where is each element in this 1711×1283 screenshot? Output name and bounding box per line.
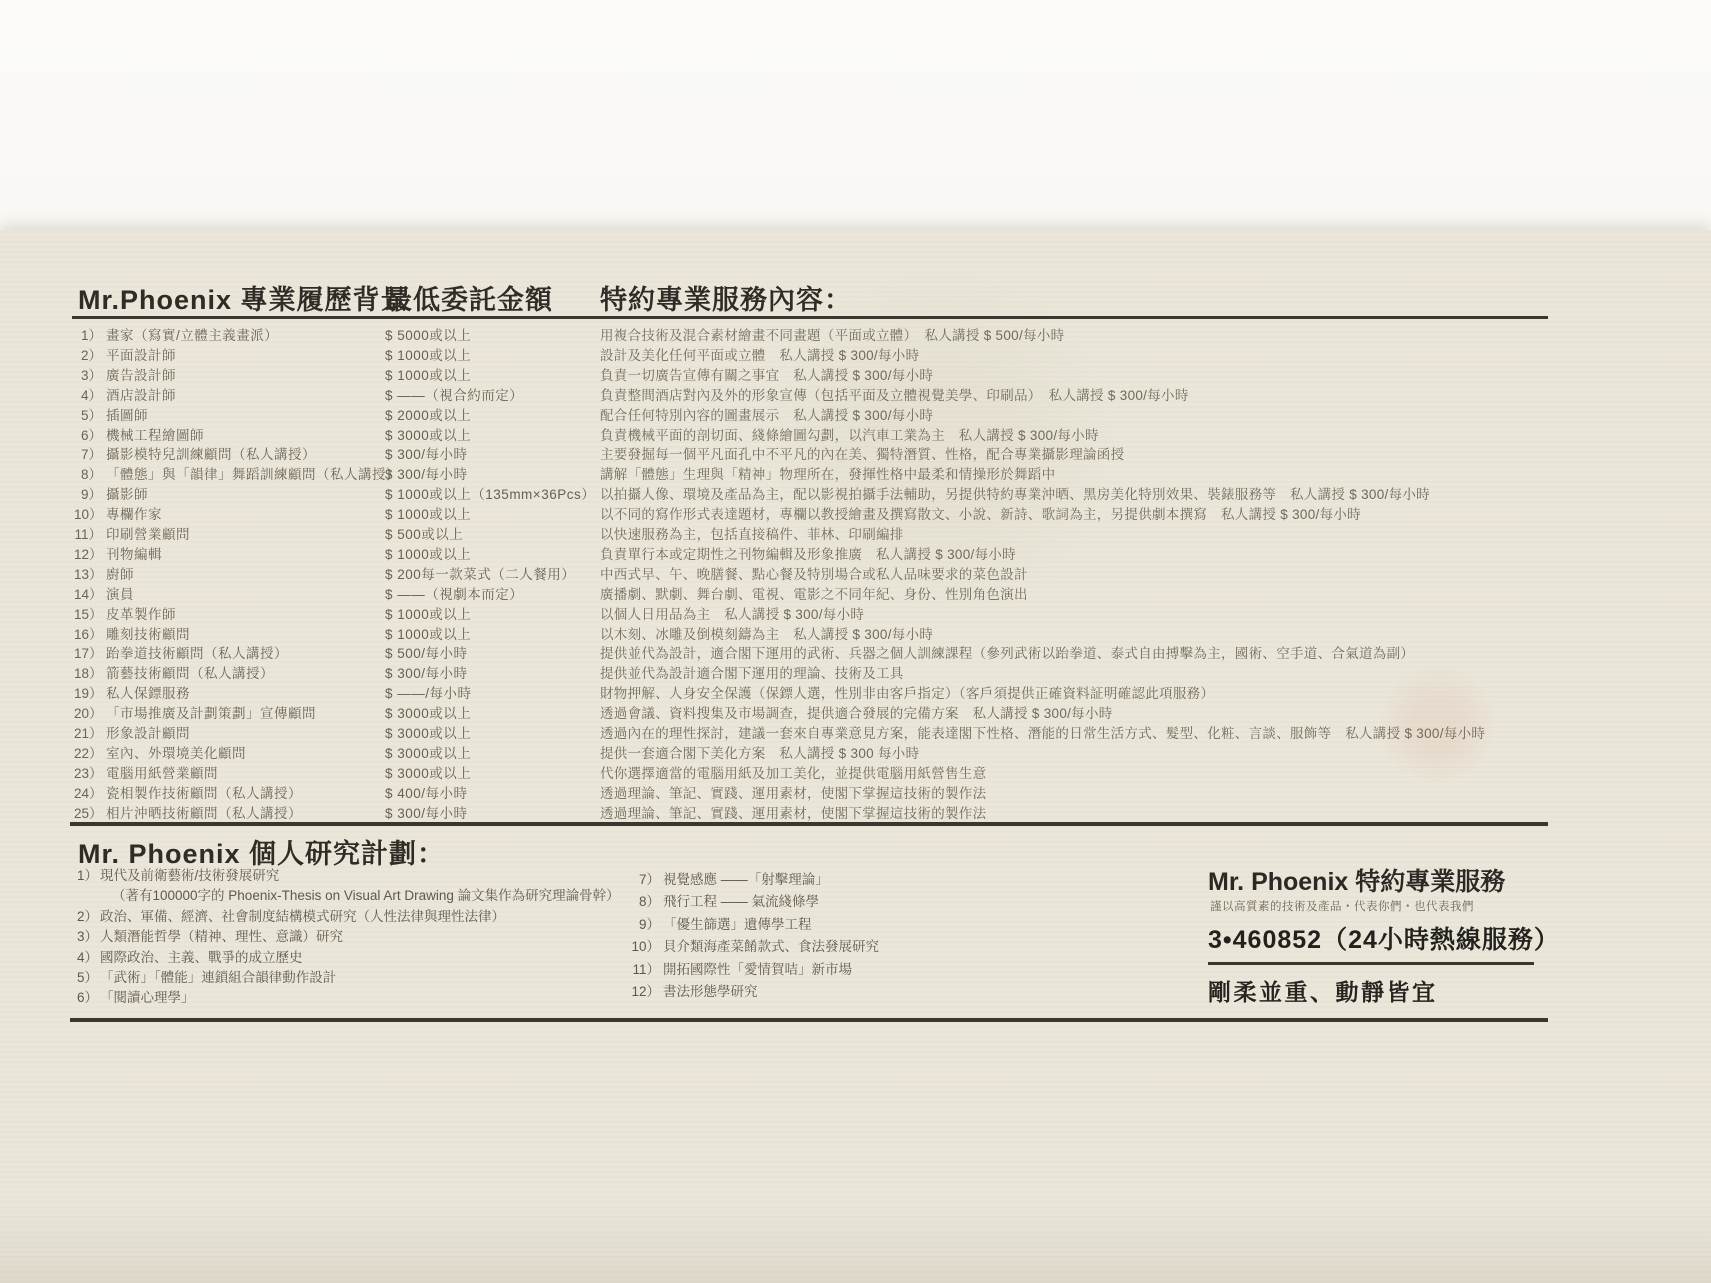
- service-table-row: 12）刊物編輯$ 1000或以上負責單行本或定期性之刊物編輯及形象推廣 私人講授…: [0, 543, 1711, 563]
- service-table-row: 25）相片沖晒技術顧問（私人講授）$ 300/每小時透過理論、筆記、實踐、運用素…: [0, 802, 1711, 822]
- service-row-fee: $ ——（視劇本而定）: [385, 583, 523, 603]
- service-row-number: 2）: [74, 344, 102, 364]
- service-row-description: 提供一套適合閣下美化方案 私人講授 $ 300 每小時: [600, 742, 919, 762]
- service-row-description: 設計及美化任何平面或立體 私人講授 $ 300/每小時: [600, 344, 919, 364]
- service-row-title: 刊物編輯: [106, 543, 162, 563]
- service-row-fee: $ 300/每小時: [385, 443, 468, 463]
- service-row-title: 形象設計顧問: [106, 722, 190, 742]
- research-item-number: 4）: [74, 946, 98, 966]
- service-row-title: 瓷相製作技術顧問（私人講授）: [106, 782, 302, 802]
- service-row-description: 以個人日用品為主 私人講授 $ 300/每小時: [600, 603, 864, 623]
- service-row-title: 「體態」與「韻律」舞蹈訓練顧問（私人講授）: [106, 463, 400, 483]
- service-row-description: 提供並代為設計適合閣下運用的理論、技術及工具: [600, 662, 904, 682]
- research-item-text: 飛行工程 —— 氣流綫條學: [663, 890, 819, 910]
- service-row-fee: $ 300/每小時: [385, 662, 468, 682]
- service-table-row: 1）畫家（寫實/立體主義畫派）$ 5000或以上用複合技術及混合素材繪畫不同畫題…: [0, 324, 1711, 344]
- research-item-text: 貝介類海產菜餚款式、食法發展研究: [663, 935, 879, 955]
- service-row-description: 中西式早、午、晚膳餐、點心餐及特別場合或私人品味要求的菜色設計: [600, 563, 1028, 583]
- service-row-number: 25）: [74, 802, 102, 822]
- service-row-number: 11）: [74, 523, 102, 543]
- service-row-title: 攝影模特兒訓練顧問（私人講授）: [106, 443, 316, 463]
- research-item-number: 7）: [628, 868, 660, 888]
- service-table-row: 11）印刷營業顧問$ 500或以上以快速服務為主，包括直接稿件、菲林、印刷編排: [0, 523, 1711, 543]
- service-row-fee: $ 200每一款菜式（二人餐用）: [385, 563, 575, 583]
- service-row-number: 14）: [74, 583, 102, 603]
- service-row-fee: $ 1000或以上: [385, 503, 471, 523]
- contact-divider-line: [1208, 962, 1534, 965]
- service-table-row: 23）電腦用紙營業顧問$ 3000或以上代你選擇適當的電腦用紙及加工美化，並提供…: [0, 762, 1711, 782]
- service-row-number: 4）: [74, 384, 102, 404]
- service-row-description: 以不同的寫作形式表達題材，專欄以教授繪畫及撰寫散文、小說、新詩、歌詞為主，另提供…: [600, 503, 1361, 523]
- service-table-row: 2）平面設計師$ 1000或以上設計及美化任何平面或立體 私人講授 $ 300/…: [0, 344, 1711, 364]
- service-row-description: 代你選擇適當的電腦用紙及加工美化，並提供電腦用紙營售生意: [600, 762, 986, 782]
- scanned-flyer-paper: Mr.Phoenix 專業履歷背景 最低委託金額 特約專業服務內容： 1）畫家（…: [0, 230, 1711, 1283]
- contact-phone-number: 3•460852（24小時熱線服務）: [1208, 920, 1560, 956]
- research-item-number: 5）: [74, 966, 98, 986]
- service-table-row: 4）酒店設計師$ ——（視合約而定）負責整間酒店對內及外的形象宣傳（包括平面及立…: [0, 384, 1711, 404]
- service-row-title: 電腦用紙營業顧問: [106, 762, 218, 782]
- service-row-number: 23）: [74, 762, 102, 782]
- service-row-title: 「市場推廣及計劃策劃」宣傳顧問: [106, 702, 316, 722]
- service-row-title: 廣告設計師: [106, 364, 176, 384]
- service-row-description: 負責單行本或定期性之刊物編輯及形象推廣 私人講授 $ 300/每小時: [600, 543, 1016, 563]
- service-row-description: 講解「體態」生理與「精神」物理所在，發揮性格中最柔和情操形於舞蹈中: [600, 463, 1055, 483]
- service-row-description: 透過內在的理性探討，建議一套來自專業意見方案，能表達閣下性格、潛能的日常生活方式…: [600, 722, 1485, 742]
- service-table-row: 22）室內、外環境美化顧問$ 3000或以上提供一套適合閣下美化方案 私人講授 …: [0, 742, 1711, 762]
- service-table-row: 16）雕刻技術顧問$ 1000或以上以木刻、冰雕及倒模刻鑄為主 私人講授 $ 3…: [0, 623, 1711, 643]
- service-row-description: 以木刻、冰雕及倒模刻鑄為主 私人講授 $ 300/每小時: [600, 623, 933, 643]
- research-item-number: 11）: [628, 958, 660, 978]
- header-divider-line: [72, 316, 1548, 319]
- service-row-title: 雕刻技術顧問: [106, 623, 190, 643]
- service-table-row: 5）插圖師$ 2000或以上配合任何特別內容的圖畫展示 私人講授 $ 300/每…: [0, 404, 1711, 424]
- service-row-number: 8）: [74, 463, 102, 483]
- service-row-title: 機械工程繪圖師: [106, 424, 204, 444]
- service-row-fee: $ ——（視合約而定）: [385, 384, 523, 404]
- service-row-title: 箭藝技術顧問（私人講授）: [106, 662, 274, 682]
- service-row-number: 22）: [74, 742, 102, 762]
- service-row-description: 負責整間酒店對內及外的形象宣傳（包括平面及立體視覺美學、印刷品） 私人講授 $ …: [600, 384, 1189, 404]
- service-table-row: 18）箭藝技術顧問（私人講授）$ 300/每小時提供並代為設計適合閣下運用的理論…: [0, 662, 1711, 682]
- bottom-border-line: [70, 1018, 1548, 1022]
- service-table-row: 19）私人保鏢服務$ ——/每小時財物押解、人身安全保護（保鏢人選，性別非由客戶…: [0, 682, 1711, 702]
- service-row-description: 透過會議、資料搜集及市場調查，提供適合發展的完備方案 私人講授 $ 300/每小…: [600, 702, 1113, 722]
- service-row-description: 配合任何特別內容的圖畫展示 私人講授 $ 300/每小時: [600, 404, 933, 424]
- service-row-description: 主要發掘每一個平凡面孔中不平凡的內在美、獨特潛質、性格，配合專業攝影理論函授: [600, 443, 1124, 463]
- service-row-title: 皮革製作師: [106, 603, 176, 623]
- research-item-number: 10）: [628, 935, 660, 955]
- service-row-fee: $ 500或以上: [385, 523, 463, 543]
- service-row-description: 透過理論、筆記、實踐、運用素材，使閣下掌握這技術的製作法: [600, 802, 986, 822]
- service-table-row: 20）「市場推廣及計劃策劃」宣傳顧問$ 3000或以上透過會議、資料搜集及市場調…: [0, 702, 1711, 722]
- service-row-description: 透過理論、筆記、實踐、運用素材，使閣下掌握這技術的製作法: [600, 782, 986, 802]
- service-row-description: 以快速服務為主，包括直接稿件、菲林、印刷編排: [600, 523, 904, 543]
- service-row-number: 7）: [74, 443, 102, 463]
- research-item-number: 3）: [74, 925, 98, 945]
- column-heading-service-content: 特約專業服務內容：: [600, 278, 852, 317]
- service-row-title: 跆拳道技術顧問（私人講授）: [106, 642, 288, 662]
- service-row-description: 負責一切廣告宣傳有關之事宜 私人講授 $ 300/每小時: [600, 364, 933, 384]
- service-row-fee: $ 1000或以上: [385, 623, 471, 643]
- service-table-row: 3）廣告設計師$ 1000或以上負責一切廣告宣傳有關之事宜 私人講授 $ 300…: [0, 364, 1711, 384]
- research-item-text: 國際政治、主義、戰爭的成立歷史: [100, 946, 303, 966]
- service-row-fee: $ 2000或以上: [385, 404, 471, 424]
- service-row-title: 私人保鏢服務: [106, 682, 190, 702]
- research-item-text: 人類潛能哲學（精神、理性、意識）研究: [100, 925, 343, 945]
- service-table-row: 13）廚師$ 200每一款菜式（二人餐用）中西式早、午、晚膳餐、點心餐及特別場合…: [0, 563, 1711, 583]
- service-row-description: 廣播劇、默劇、舞台劇、電視、電影之不同年紀、身份、性別角色演出: [600, 583, 1028, 603]
- service-row-fee: $ 1000或以上: [385, 364, 471, 384]
- service-row-number: 21）: [74, 722, 102, 742]
- contact-title: Mr. Phoenix 特約專業服務: [1208, 862, 1505, 898]
- service-row-fee: $ 400/每小時: [385, 782, 468, 802]
- service-row-title: 專欄作家: [106, 503, 162, 523]
- service-table-row: 9）攝影師$ 1000或以上（135mm×36Pcs）以拍攝人像、環境及產品為主…: [0, 483, 1711, 503]
- service-row-title: 平面設計師: [106, 344, 176, 364]
- service-row-number: 16）: [74, 623, 102, 643]
- service-row-title: 酒店設計師: [106, 384, 176, 404]
- service-row-title: 畫家（寫實/立體主義畫派）: [106, 324, 278, 344]
- service-row-number: 3）: [74, 364, 102, 384]
- service-row-fee: $ 5000或以上: [385, 324, 471, 344]
- service-row-title: 印刷營業顧問: [106, 523, 190, 543]
- research-item-number: 1）: [74, 864, 98, 884]
- service-row-fee: $ 300/每小時: [385, 463, 468, 483]
- service-row-number: 20）: [74, 702, 102, 722]
- research-item-number: 8）: [628, 890, 660, 910]
- research-item-text: 「閱讀心理學」: [100, 986, 195, 1006]
- service-row-fee: $ 3000或以上: [385, 742, 471, 762]
- service-row-fee: $ 3000或以上: [385, 702, 471, 722]
- service-row-fee: $ 1000或以上: [385, 603, 471, 623]
- service-table-row: 10）專欄作家$ 1000或以上以不同的寫作形式表達題材，專欄以教授繪畫及撰寫散…: [0, 503, 1711, 523]
- service-row-fee: $ 3000或以上: [385, 762, 471, 782]
- research-item-text: 政治、軍備、經濟、社會制度結構模式研究（人性法律與理性法律）: [100, 905, 505, 925]
- service-table-row: 8）「體態」與「韻律」舞蹈訓練顧問（私人講授）$ 300/每小時講解「體態」生理…: [0, 463, 1711, 483]
- research-item-text: 視覺感應 ——「射擊理論」: [663, 868, 829, 888]
- service-price-table: 1）畫家（寫實/立體主義畫派）$ 5000或以上用複合技術及混合素材繪畫不同畫題…: [0, 324, 1711, 824]
- research-item-text: 現代及前衛藝術/技術發展研究: [100, 864, 279, 884]
- service-row-title: 廚師: [106, 563, 134, 583]
- service-row-fee: $ 3000或以上: [385, 722, 471, 742]
- service-row-title: 演員: [106, 583, 134, 603]
- service-row-number: 24）: [74, 782, 102, 802]
- service-row-number: 18）: [74, 662, 102, 682]
- service-row-description: 以拍攝人像、環境及產品為主，配以影視拍攝手法輔助，另提供特約專業沖晒、黑房美化特…: [600, 483, 1430, 503]
- service-row-title: 相片沖晒技術顧問（私人講授）: [106, 802, 302, 822]
- service-row-fee: $ 3000或以上: [385, 424, 471, 444]
- service-row-number: 5）: [74, 404, 102, 424]
- research-item-text: （著有100000字的 Phoenix-Thesis on Visual Art…: [112, 884, 620, 904]
- research-item-text: 「優生篩選」遺傳學工程: [663, 913, 812, 933]
- service-table-row: 14）演員$ ——（視劇本而定）廣播劇、默劇、舞台劇、電視、電影之不同年紀、身份…: [0, 583, 1711, 603]
- research-item-number: 9）: [628, 913, 660, 933]
- service-row-number: 9）: [74, 483, 102, 503]
- service-row-number: 6）: [74, 424, 102, 444]
- research-item-text: 「武術」「體能」連鎖組合韻律動作設計: [100, 966, 336, 986]
- service-table-row: 21）形象設計顧問$ 3000或以上透過內在的理性探討，建議一套來自專業意見方案…: [0, 722, 1711, 742]
- service-row-description: 負責機械平面的剖切面、綫條繪圖勾劃，以汽車工業為主 私人講授 $ 300/每小時: [600, 424, 1099, 444]
- service-table-row: 17）跆拳道技術顧問（私人講授）$ 500/每小時提供並代為設計，適合閣下運用的…: [0, 642, 1711, 662]
- research-item-number: 2）: [74, 905, 98, 925]
- service-row-number: 13）: [74, 563, 102, 583]
- service-table-row: 15）皮革製作師$ 1000或以上以個人日用品為主 私人講授 $ 300/每小時: [0, 603, 1711, 623]
- research-item-text: 書法形態學研究: [663, 980, 758, 1000]
- service-row-fee: $ 1000或以上（135mm×36Pcs）: [385, 483, 595, 503]
- service-row-number: 17）: [74, 642, 102, 662]
- service-row-description: 提供並代為設計，適合閣下運用的武術、兵器之個人訓練課程（參列武術以跆拳道、泰式自…: [600, 642, 1414, 662]
- service-row-description: 財物押解、人身安全保護（保鏢人選，性別非由客戶指定）（客戶須提供正確資料証明確認…: [600, 682, 1214, 702]
- service-row-title: 攝影師: [106, 483, 148, 503]
- research-item-text: 開拓國際性「愛情賀咭」新市場: [663, 958, 852, 978]
- service-row-title: 插圖師: [106, 404, 148, 424]
- service-row-fee: $ 500/每小時: [385, 642, 468, 662]
- service-row-fee: $ 300/每小時: [385, 802, 468, 822]
- section-divider-line: [70, 822, 1548, 826]
- service-row-number: 12）: [74, 543, 102, 563]
- service-row-fee: $ 1000或以上: [385, 344, 471, 364]
- service-row-title: 室內、外環境美化顧問: [106, 742, 246, 762]
- service-row-number: 15）: [74, 603, 102, 623]
- contact-tagline: 謹以高質素的技術及產品・代表你們・也代表我們: [1210, 898, 1474, 914]
- service-row-number: 1）: [74, 324, 102, 344]
- service-table-row: 7）攝影模特兒訓練顧問（私人講授）$ 300/每小時主要發掘每一個平凡面孔中不平…: [0, 443, 1711, 463]
- service-row-description: 用複合技術及混合素材繪畫不同畫題（平面或立體） 私人講授 $ 500/每小時: [600, 324, 1064, 344]
- service-row-number: 19）: [74, 682, 102, 702]
- service-row-number: 10）: [74, 503, 102, 523]
- column-heading-minimum-fee: 最低委託金額: [385, 278, 553, 317]
- service-row-fee: $ 1000或以上: [385, 543, 471, 563]
- research-item-number: 12）: [628, 980, 660, 1000]
- service-row-fee: $ ——/每小時: [385, 682, 472, 702]
- contact-slogan: 剛柔並重、動靜皆宜: [1208, 974, 1438, 1007]
- column-heading-profession: Mr.Phoenix 專業履歷背景: [78, 278, 409, 317]
- research-item-number: 6）: [74, 986, 98, 1006]
- service-table-row: 24）瓷相製作技術顧問（私人講授）$ 400/每小時透過理論、筆記、實踐、運用素…: [0, 782, 1711, 802]
- service-table-row: 6）機械工程繪圖師$ 3000或以上負責機械平面的剖切面、綫條繪圖勾劃，以汽車工…: [0, 424, 1711, 444]
